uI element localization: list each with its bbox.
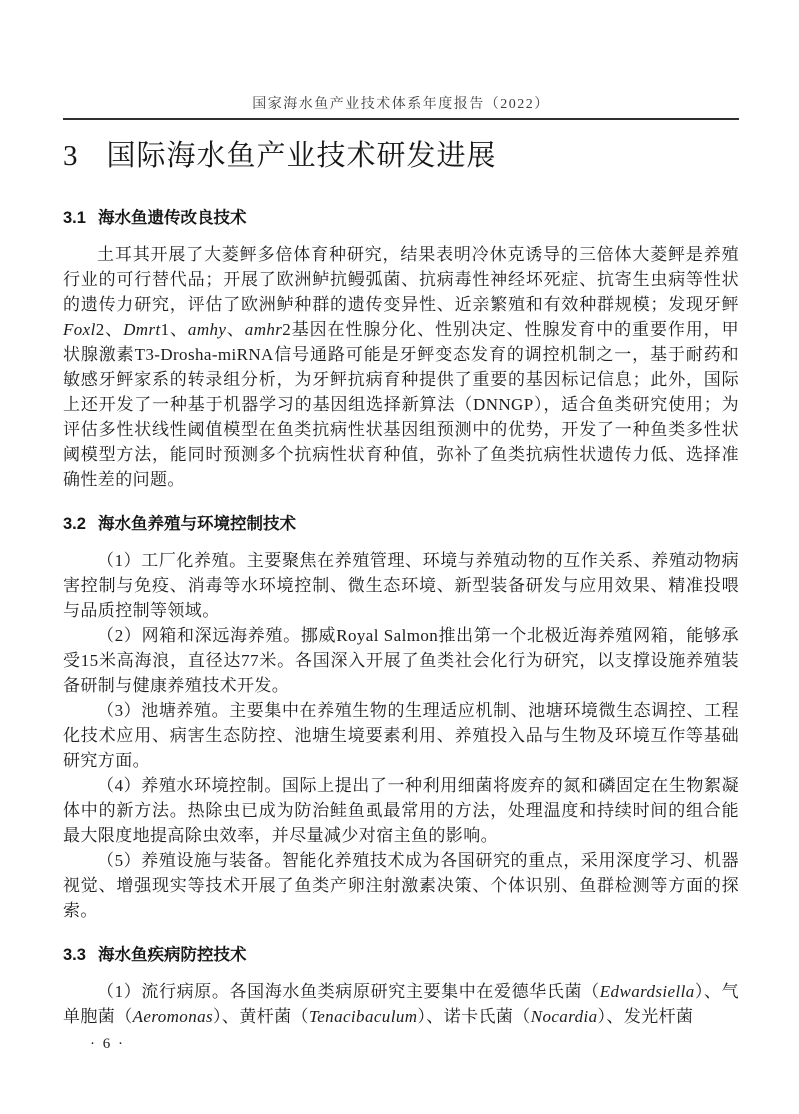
page-number: · 6 ·	[90, 1036, 125, 1053]
italic-term: amhr	[245, 320, 283, 339]
text-segment: 、	[226, 320, 244, 339]
text-segment: （4）养殖水环境控制。国际上提出了一种利用细菌将废弃的氮和磷固定在生物絮凝体中的…	[63, 776, 739, 845]
document-page: 国家海水鱼产业技术体系年度报告（2022） 3国际海水鱼产业技术研发进展 3.1…	[0, 0, 799, 1114]
text-segment: （1）工厂化养殖。主要聚焦在养殖管理、环境与养殖动物的互作关系、养殖动物病害控制…	[63, 551, 739, 620]
italic-term: Tenacibaculum	[309, 1007, 417, 1026]
paragraph: （1）流行病原。各国海水鱼类病原研究主要集中在爱德华氏菌（Edwardsiell…	[63, 979, 739, 1029]
italic-term: Dmrt	[123, 320, 161, 339]
text-segment: 2、	[96, 320, 123, 339]
paragraph: （2）网箱和深远海养殖。挪威Royal Salmon推出第一个北极近海养殖网箱，…	[63, 623, 739, 698]
paragraph: （4）养殖水环境控制。国际上提出了一种利用细菌将废弃的氮和磷固定在生物絮凝体中的…	[63, 773, 739, 848]
running-header-title: 国家海水鱼产业技术体系年度报告（2022）	[63, 96, 739, 113]
section-heading-3-2: 3.2海水鱼养殖与环境控制技术	[63, 513, 739, 535]
text-segment: （3）池塘养殖。主要集中在养殖生物的生理适应机制、池塘环境微生态调控、工程化技术…	[63, 701, 739, 770]
text-segment: ）、发光杆菌	[598, 1007, 694, 1026]
section-heading-3-3: 3.3海水鱼疾病防控技术	[63, 944, 739, 966]
section-number: 3.1	[63, 209, 86, 227]
italic-term: Edwardsiella	[600, 982, 695, 1001]
text-segment: 土耳其开展了大菱鲆多倍体育种研究，结果表明冷休克诱导的三倍体大菱鲆是养殖行业的可…	[63, 245, 739, 314]
section-number: 3.3	[63, 946, 86, 964]
italic-term: amhy	[188, 320, 226, 339]
text-segment: （1）流行病原。各国海水鱼类病原研究主要集中在爱德华氏菌（	[97, 982, 600, 1001]
text-segment: 2基因在性腺分化、性别决定、性腺发育中的重要作用，甲状腺激素T3-Drosha-…	[63, 320, 739, 489]
text-segment: （2）网箱和深远海养殖。挪威Royal Salmon推出第一个北极近海养殖网箱，…	[63, 626, 739, 695]
section-heading-text: 海水鱼养殖与环境控制技术	[98, 515, 296, 533]
text-segment: ）、黄杆菌（	[213, 1007, 309, 1026]
paragraph: （3）池塘养殖。主要集中在养殖生物的生理适应机制、池塘环境微生态调控、工程化技术…	[63, 698, 739, 773]
section-heading-3-1: 3.1海水鱼遗传改良技术	[63, 207, 739, 229]
chapter-title-text: 国际海水鱼产业技术研发进展	[107, 140, 497, 172]
paragraph: 土耳其开展了大菱鲆多倍体育种研究，结果表明冷休克诱导的三倍体大菱鲆是养殖行业的可…	[63, 242, 739, 492]
chapter-number: 3	[63, 140, 79, 172]
paragraph: （5）养殖设施与装备。智能化养殖技术成为各国研究的重点，采用深度学习、机器视觉、…	[63, 848, 739, 923]
paragraph: （1）工厂化养殖。主要聚焦在养殖管理、环境与养殖动物的互作关系、养殖动物病害控制…	[63, 548, 739, 623]
section-heading-text: 海水鱼疾病防控技术	[98, 946, 247, 964]
running-header: 国家海水鱼产业技术体系年度报告（2022）	[63, 0, 739, 120]
text-segment: （5）养殖设施与装备。智能化养殖技术成为各国研究的重点，采用深度学习、机器视觉、…	[63, 851, 739, 920]
page-content: 国家海水鱼产业技术体系年度报告（2022） 3国际海水鱼产业技术研发进展 3.1…	[63, 0, 739, 1029]
header-rule	[63, 118, 739, 120]
italic-term: Nocardia	[531, 1007, 598, 1026]
italic-term: Aeromonas	[133, 1007, 213, 1026]
section-heading-text: 海水鱼遗传改良技术	[98, 209, 247, 227]
chapter-title: 3国际海水鱼产业技术研发进展	[63, 138, 739, 174]
text-segment: 1、	[161, 320, 188, 339]
text-segment: ）、诺卡氏菌（	[417, 1007, 530, 1026]
section-number: 3.2	[63, 515, 86, 533]
italic-term: Foxl	[63, 320, 96, 339]
